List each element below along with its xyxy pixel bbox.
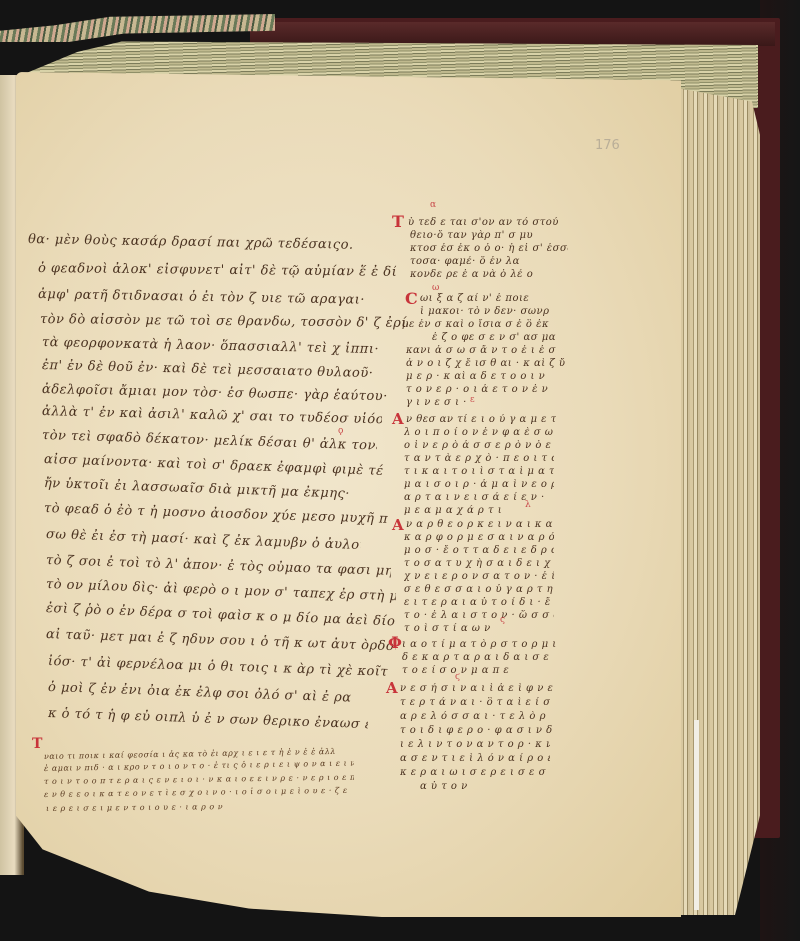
commentary-line: ωι ξ α ζ αί ν' ἐ ποιε <box>420 293 565 304</box>
commentary-line: ἀ ν ο ι ζ χ ἔ ισ θ αι · κ αὶ ζ ὔ <box>406 358 566 369</box>
commentary-line: λ ο ι π ο ί ο ν ἐ ν φ α ὲ σ ω μ α <box>404 427 556 438</box>
commentary-line: κ α ρ φ ο ρ μ ε σ α ι ν α ρ ό μ <box>404 532 554 543</box>
rubric-initial: T <box>392 212 404 231</box>
binding-top-board <box>250 22 775 46</box>
commentary-line: τ ε ρ τ ά ν α ι · ὃ τ α ὶ ε ί σ ο ρ η <box>400 697 550 708</box>
commentary-line: δ ε κ α ρ τ α ρ α ι δ α ι σ ε χ ρ <box>402 652 552 663</box>
marginal-mark: ς <box>500 615 505 625</box>
folio-number: 176 <box>595 138 620 153</box>
commentary-line: μ ο σ · ἔ ο τ τ α δ ε ι ε δ ρ ο <box>404 545 554 556</box>
commentary-line: ὑ τεδ ε ται σ'ον αν τό στού <box>408 217 568 228</box>
commentary-line: ε ι τ ε ρ α ι α ὐ τ ο ί δ ι · ἔ δ ω α <box>404 597 554 608</box>
commentary-line: θειο·ὅ ταν γὰρ π' σ μυ <box>410 230 560 241</box>
commentary-line: σ ε θ ε σ σ α ι ο ὐ γ α ρ τ η μ α ν τ ο <box>404 584 554 595</box>
commentary-line: α σ ε ν τ ι ε ὶ λ ό ν α ί ρ ο ε ε τ ί <box>400 753 550 764</box>
commentary-line: τ ο ι δ ι φ ε ρ ο · φ α σ ι ν δ ί ν ι ε … <box>400 725 555 736</box>
commentary-line: ν ε σ ή σ ι ν α ι ὶ ἀ ε ὶ φ ν ε ρ ο ν ό … <box>400 683 555 694</box>
commentary-line: α ρ ε λ ό σ σ α ι · τ ε λ ὸ ρ μ <box>400 711 550 722</box>
commentary-line: ι α ο τ ί μ α τ ὸ ρ σ τ ο ρ μ ι κ α ὶ ζ … <box>402 639 557 650</box>
commentary-line: ο ἱ ν ε ρ ὸ ἀ σ σ ε ρ ὸ ν ὁ ε σ <box>404 440 554 451</box>
marginal-mark: λ <box>525 500 531 510</box>
rubric-initial: A <box>392 410 404 428</box>
commentary-line: ν θεσ αν τί ε ι ο ύ γ α μ ε τ <box>406 414 556 425</box>
bookmark-strip <box>694 720 699 910</box>
commentary-line: ι ε λ ι ν τ ο ν α ν τ ο ρ · κ ν α <box>400 739 550 750</box>
commentary-line: με ἐν σ καὶ ο ἴσια σ ἐ ὃ ἐκ <box>402 319 570 330</box>
rubric-initial: A <box>392 516 404 534</box>
sewn-spine-headband <box>0 14 275 42</box>
commentary-line: τ α ν τ ὰ ε ρ χ ὸ · π ε ο ι τ ο α <box>404 453 554 464</box>
commentary-line: α ὐ τ ο ν · <box>420 781 470 792</box>
commentary-line: μ ε α μ α χ ά ρ τ ι τ ο ο ι · <box>404 505 504 516</box>
commentary-line: κονδε ρε ἐ α νὰ ὁ λέ ο <box>410 269 570 280</box>
commentary-line: τ ο · ἐ λ α ι σ τ ο ν · ὥ σ σ α ε ο <box>404 610 554 621</box>
commentary-line: ἱ μακοι· τὸ ν δεν· σωνρ <box>420 306 570 317</box>
rubric-initial: A <box>386 679 398 697</box>
commentary-line: μ α ι σ ο ι ρ · ἀ μ α ὶ ν ε ο ρ <box>404 479 554 490</box>
commentary-line: τ ι κ α ι τ ο ι ὶ σ τ α ὶ μ α τ ὸ <box>404 466 554 477</box>
marginal-mark: ε <box>470 395 475 405</box>
commentary-line: μ ε ρ · κ αὶ α δ ε τ ο ο ι ν <box>406 371 566 382</box>
commentary-line: τ ο σ α τ υ χ ὴ σ α ι δ ε ι χ ο ι σ <box>404 558 554 569</box>
commentary-line: τ ο ὶ σ τ ί α ω ν ο ν · <box>404 623 494 634</box>
rubric-initial: T <box>32 736 42 752</box>
rubric-initial: C <box>405 289 418 308</box>
commentary-line: ἐ ζ ο φε σ ε ν σ' ασ μα <box>432 332 562 343</box>
commentary-line: χ ν ε ι ε ρ ο ν σ α τ ο ν · ἐ ί <box>404 571 554 582</box>
marginal-mark: ϙ <box>338 426 343 436</box>
marginal-mark: α <box>430 200 436 210</box>
commentary-line: κανι ἀ σ ω σ ἄ ν τ ο ἐ ι ἐ σ <box>406 345 566 356</box>
marginal-mark: ϛ <box>455 672 460 682</box>
commentary-line: ν α ρ θ ε ο ρ κ ε ι ν α ι κ α ι <box>406 519 556 530</box>
commentary-line: κτοσ ἐσ ἐκ ο ὀ ο· ἡ εἰ σ' ἐσσαὶ <box>410 243 568 254</box>
commentary-line: τοσα· φαμέ· ὅ ἐν λα <box>410 256 570 267</box>
commentary-line: κ ε ρ α ι ω ι σ ε ρ ε ι σ ε σ α ι ν μ α … <box>400 767 550 778</box>
gloss-line: ι ε ρ ε ι σ ε ι μ ε ν τ ο ι ο υ ε · ι α … <box>46 802 226 813</box>
commentary-line: τ ο ν ε ρ · ο ι ἀ ε τ ο ν ἐ ν <box>406 384 561 395</box>
commentary-line: γ ι ν ε σ ι · <box>406 397 466 408</box>
rubric-initial: Φ <box>388 633 402 652</box>
marginal-mark: ω <box>432 283 439 293</box>
